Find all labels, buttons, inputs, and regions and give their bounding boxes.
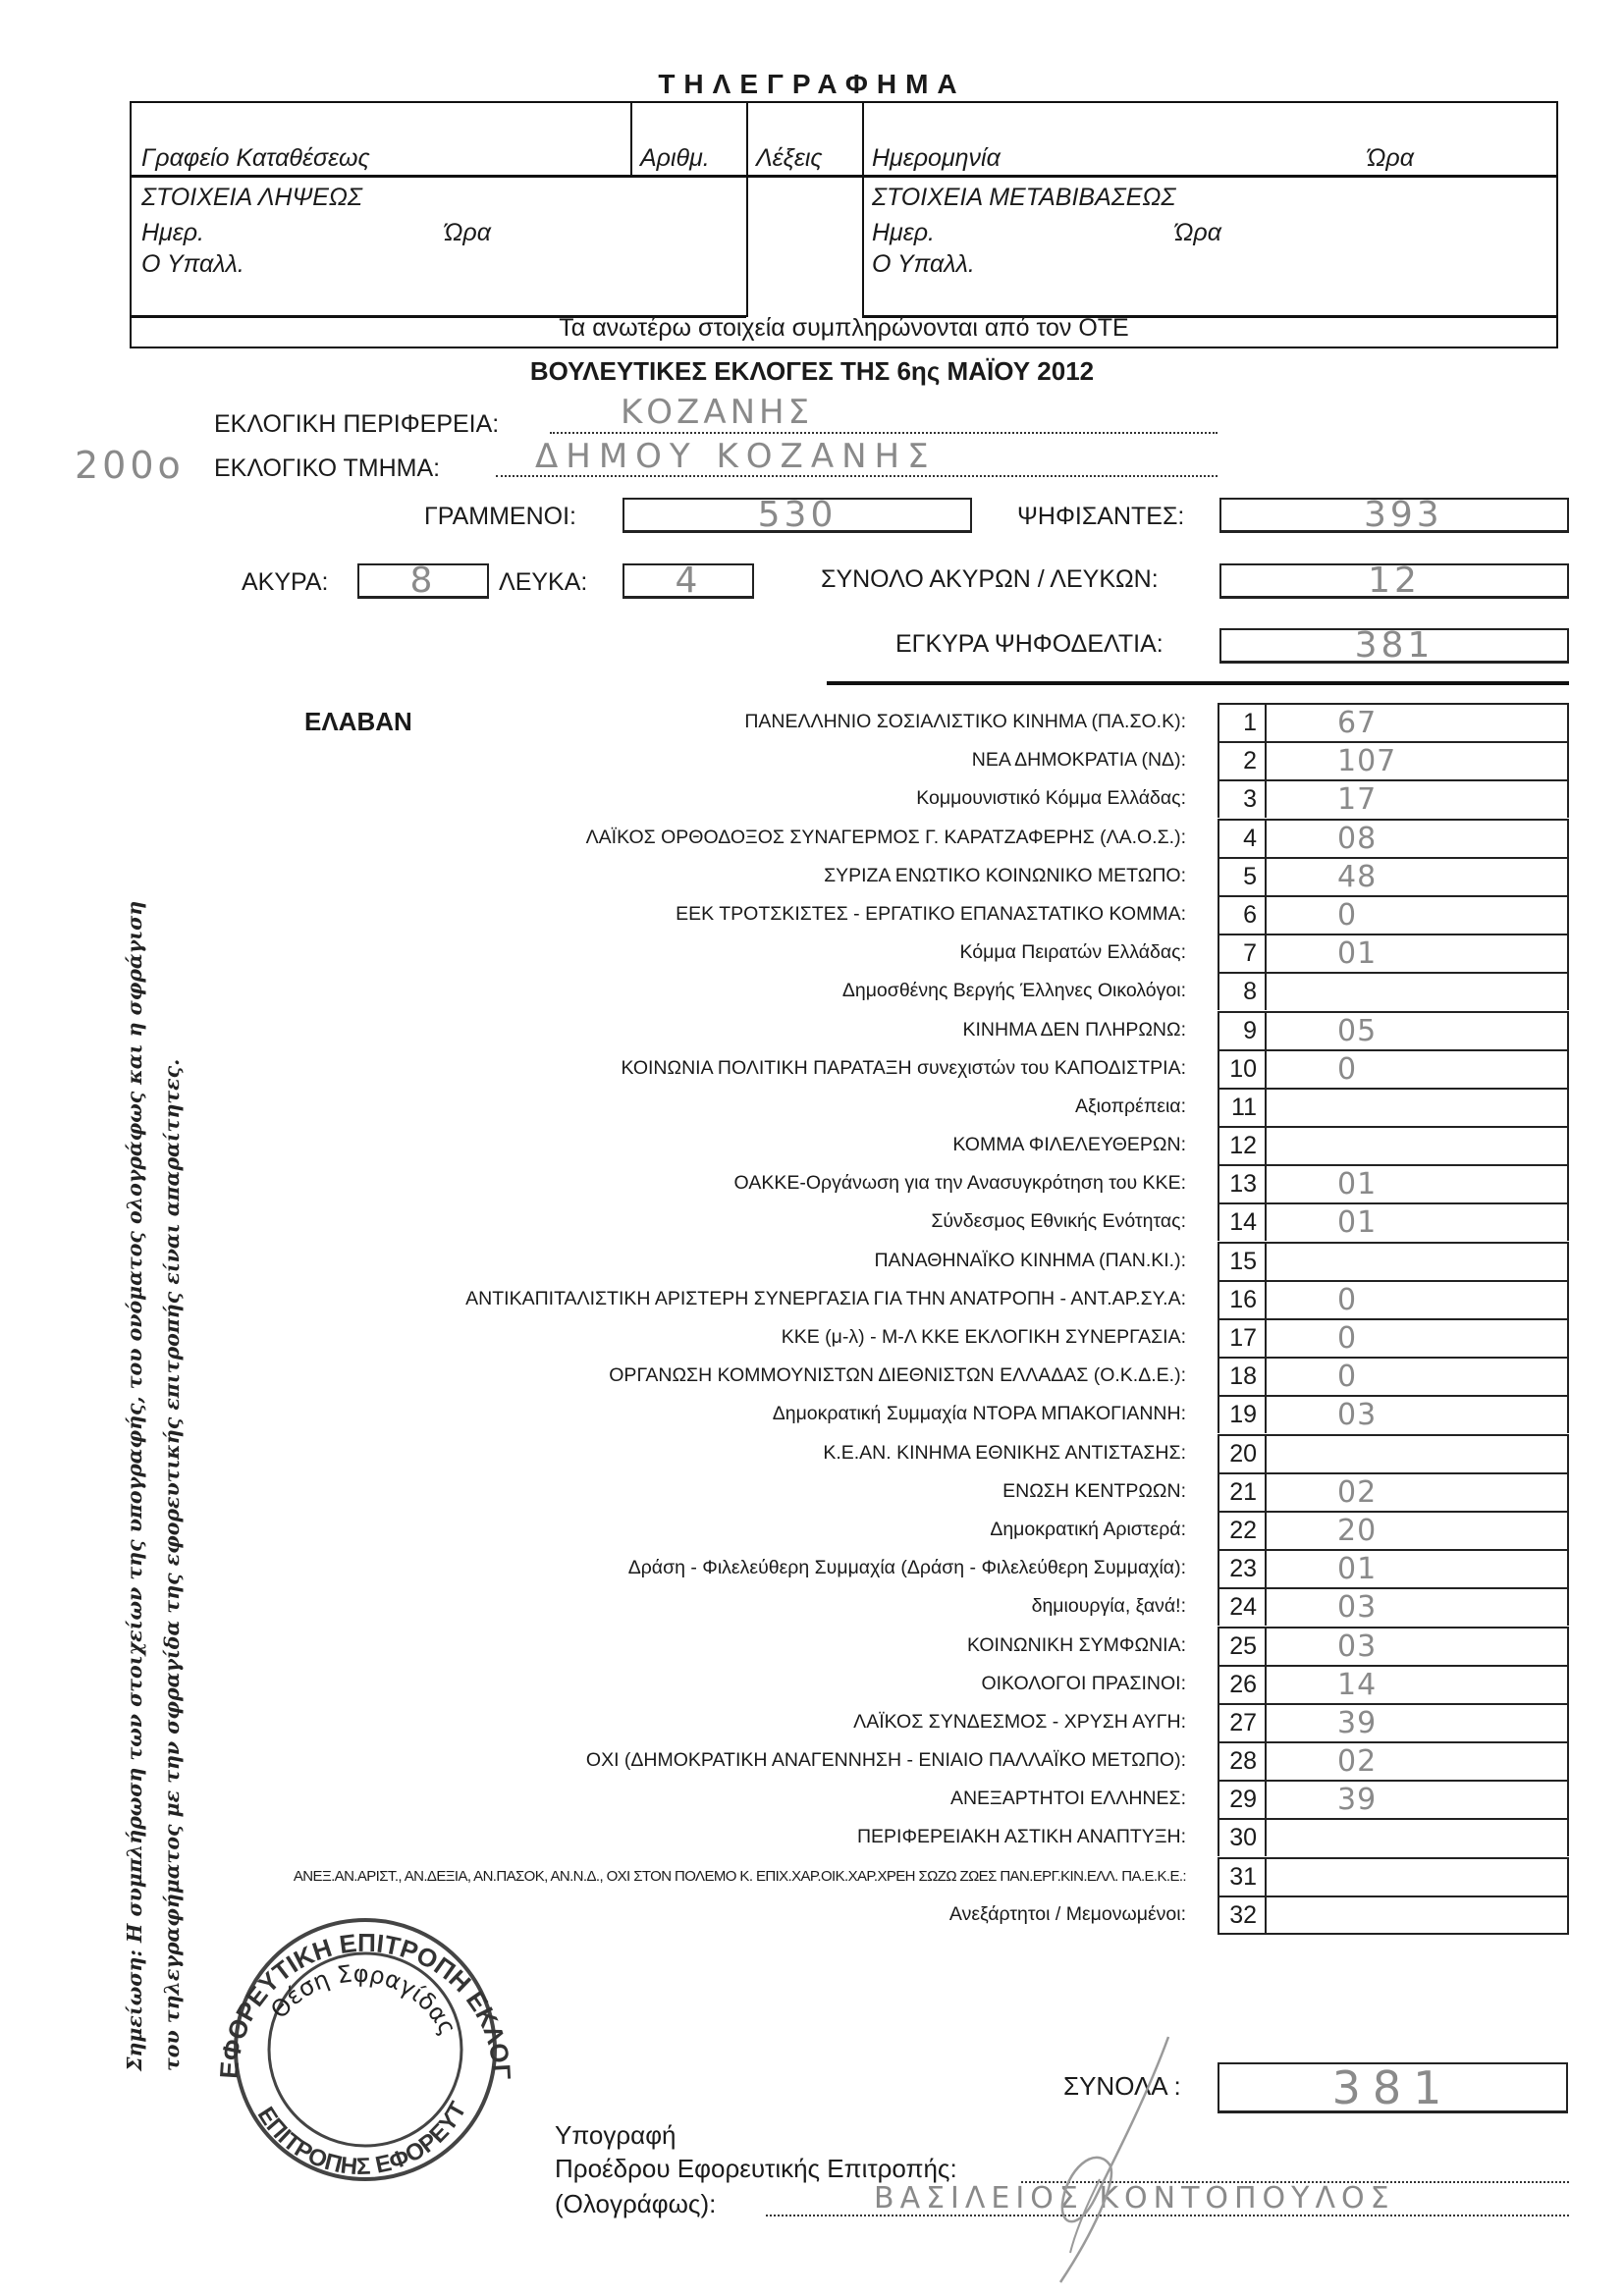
- party-number: 17: [1218, 1318, 1267, 1357]
- date-label: Ημερομηνία: [872, 144, 1001, 173]
- votes-field[interactable]: 01: [1267, 1549, 1569, 1587]
- precinct-label: ΕΚΛΟΓΙΚΟ ΤΜΗΜΑ:: [214, 454, 440, 483]
- party-number: 2: [1218, 741, 1267, 779]
- invalid-blank-total-label: ΣΥΝΟΛΟ ΑΚΥΡΩΝ / ΛΕΥΚΩΝ:: [821, 565, 1159, 594]
- table-row: Αξιοπρέπεια:11: [236, 1088, 1569, 1126]
- party-name: Σύνδεσμος Εθνικής Ενότητας:: [931, 1210, 1186, 1233]
- table-row: ΟΡΓΑΝΩΣΗ ΚΟΜΜΟΥΝΙΣΤΩΝ ΔΙΕΘΝΙΣΤΩΝ ΕΛΛΑΔΑΣ…: [236, 1357, 1569, 1395]
- side-note-line-2: του τηλεγραφήματος με την σφραγίδα της ε…: [153, 677, 190, 2071]
- transmission-date-label: Ημερ.: [872, 219, 935, 247]
- votes-field[interactable]: 0: [1267, 1049, 1569, 1088]
- table-row: ΑΝΤΙΚΑΠΙΤΑΛΙΣΤΙΚΗ ΑΡΙΣΤΕΡΗ ΣΥΝΕΡΓΑΣΙΑ ΓΙ…: [236, 1280, 1569, 1318]
- table-row: δημιουργία, ξανά!:2403: [236, 1587, 1569, 1626]
- table-row: ΚΟΙΝΩΝΙΑ ΠΟΛΙΤΙΚΗ ΠΑΡΑΤΑΞΗ συνεχιστών το…: [236, 1049, 1569, 1088]
- time-label: Ώρα: [1367, 144, 1414, 173]
- votes-field[interactable]: 14: [1267, 1665, 1569, 1703]
- party-number: 11: [1218, 1088, 1267, 1126]
- votes-value: 01: [1337, 1552, 1377, 1586]
- table-row: ΟΧΙ (ΔΗΜΟΚΡΑΤΙΚΗ ΑΝΑΓΕΝΝΗΣΗ - ΕΝΙΑΙΟ ΠΑΛ…: [236, 1741, 1569, 1780]
- totals-field[interactable]: 381: [1218, 2062, 1568, 2113]
- votes-value: 39: [1337, 1783, 1377, 1817]
- party-number: 30: [1218, 1818, 1267, 1856]
- votes-value: 0: [1337, 1321, 1357, 1356]
- blank-label: ΛΕΥΚΑ:: [499, 568, 587, 597]
- party-name: ΚΚΕ (μ-λ) - Μ-Λ ΚΚΕ ΕΚΛΟΓΙΚΗ ΣΥΝΕΡΓΑΣΙΑ:: [782, 1326, 1186, 1349]
- words-label: Λέξεις: [756, 144, 823, 173]
- votes-field[interactable]: 01: [1267, 934, 1569, 972]
- party-name: ΚΟΙΝΩΝΙΑ ΠΟΛΙΤΙΚΗ ΠΑΡΑΤΑΞΗ συνεχιστών το…: [621, 1057, 1186, 1080]
- party-number: 5: [1218, 857, 1267, 895]
- votes-value: 01: [1337, 1167, 1377, 1201]
- party-name: Κ.Ε.ΑΝ. ΚΙΝΗΜΑ ΕΘΝΙΚΗΣ ΑΝΤΙΣΤΑΣΗΣ:: [823, 1442, 1186, 1465]
- votes-field[interactable]: 0: [1267, 1280, 1569, 1318]
- votes-field[interactable]: 01: [1267, 1164, 1569, 1202]
- votes-field[interactable]: 107: [1267, 741, 1569, 779]
- reception-date-label: Ημερ.: [141, 219, 204, 247]
- votes-value: 14: [1337, 1668, 1377, 1702]
- table-row: ΝΕΑ ΔΗΜΟΚΡΑΤΙΑ (ΝΔ):2107: [236, 741, 1569, 779]
- reception-heading: ΣΤΟΙΧΕΙΑ ΛΗΨΕΩΣ: [141, 184, 362, 212]
- table-row: ΠΑΝΑΘΗΝΑΪΚΟ ΚΙΝΗΜΑ (ΠΑΝ.ΚΙ.):15: [236, 1242, 1569, 1280]
- party-number: 4: [1218, 819, 1267, 857]
- votes-field[interactable]: [1267, 1857, 1569, 1896]
- votes-field[interactable]: 02: [1267, 1741, 1569, 1780]
- party-name: ΣΥΡΙΖΑ ΕΝΩΤΙΚΟ ΚΟΙΝΩΝΙΚΟ ΜΕΤΩΠΟ:: [824, 865, 1186, 887]
- votes-field[interactable]: 0: [1267, 1357, 1569, 1395]
- votes-value: 0: [1337, 1360, 1357, 1394]
- document-title: ΤΗΛΕΓΡΑΦΗΜΑ: [0, 69, 1624, 100]
- votes-value: 0: [1337, 898, 1357, 933]
- votes-value: 0: [1337, 1052, 1357, 1087]
- district-line: [550, 432, 1218, 434]
- party-number: 12: [1218, 1126, 1267, 1164]
- votes-field[interactable]: 03: [1267, 1587, 1569, 1626]
- party-number: 21: [1218, 1472, 1267, 1511]
- party-number: 32: [1218, 1896, 1267, 1935]
- party-name: ΕΝΩΣΗ ΚΕΝΤΡΩΩΝ:: [1002, 1480, 1186, 1503]
- svg-text:ΕΦΟΡΕΥΤΙΚΗ ΕΠΙΤΡΟΠΗ ΕΚΛΟΓΙΚΟΥ: ΕΦΟΡΕΥΤΙΚΗ ΕΠΙΤΡΟΠΗ ΕΚΛΟΓΙΚΟΥ ΤΜΗΜΑΤΟΣ: [208, 1902, 516, 2081]
- party-number: 28: [1218, 1741, 1267, 1780]
- voted-label: ΨΗΦΙΣΑΝΤΕΣ:: [1017, 503, 1184, 531]
- party-number: 15: [1218, 1242, 1267, 1280]
- party-name: ΠΑΝΑΘΗΝΑΪΚΟ ΚΙΝΗΜΑ (ΠΑΝ.ΚΙ.):: [874, 1250, 1186, 1272]
- reception-time-label: Ώρα: [444, 219, 491, 247]
- votes-value: 03: [1337, 1398, 1377, 1432]
- party-name: ΛΑΪΚΟΣ ΣΥΝΔΕΣΜΟΣ - ΧΡΥΣΗ ΑΥΓΗ:: [853, 1711, 1186, 1734]
- party-number: 19: [1218, 1395, 1267, 1433]
- transmission-heading: ΣΤΟΙΧΕΙΑ ΜΕΤΑΒΙΒΑΣΕΩΣ: [872, 184, 1175, 212]
- results-table: ΠΑΝΕΛΛΗΝΙΟ ΣΟΣΙΑΛΙΣΤΙΚΟ ΚΙΝΗΜΑ (ΠΑ.ΣΟ.Κ)…: [236, 703, 1569, 1934]
- votes-field[interactable]: 02: [1267, 1472, 1569, 1511]
- committee-stamp: ΕΦΟΡΕΥΤΙΚΗ ΕΠΙΤΡΟΠΗ ΕΚΛΟΓΙΚΟΥ ΤΜΗΜΑΤΟΣ Ε…: [208, 1902, 522, 2187]
- party-number: 14: [1218, 1202, 1267, 1241]
- district-value[interactable]: ΚΟΖΑΝΗΣ: [621, 393, 813, 432]
- votes-field[interactable]: [1267, 972, 1569, 1010]
- table-row: ΛΑΪΚΟΣ ΣΥΝΔΕΣΜΟΣ - ΧΡΥΣΗ ΑΥΓΗ:2739: [236, 1703, 1569, 1741]
- voted-field[interactable]: 393: [1219, 498, 1569, 533]
- votes-field[interactable]: [1267, 1242, 1569, 1280]
- votes-value: 02: [1337, 1475, 1377, 1510]
- party-name: Κόμμα Πειρατών Ελλάδας:: [960, 941, 1187, 964]
- party-name: Δημοκρατική Αριστερά:: [990, 1519, 1186, 1541]
- table-row: ΑΝΕΞΑΡΤΗΤΟΙ ΕΛΛΗΝΕΣ:2939: [236, 1780, 1569, 1818]
- table-row: ΣΥΡΙΖΑ ΕΝΩΤΙΚΟ ΚΟΙΝΩΝΙΚΟ ΜΕΤΩΠΟ:548: [236, 857, 1569, 895]
- votes-value: 08: [1337, 822, 1377, 856]
- signature-scribble: [1001, 2032, 1188, 2287]
- table-row: Δημοσθένης Βεργής Έλληνες Οικολόγοι:8: [236, 972, 1569, 1010]
- party-name: Δημοκρατική Συμμαχία ΝΤΟΡΑ ΜΠΑΚΟΓΙΑΝΝΗ:: [773, 1403, 1186, 1425]
- party-number: 16: [1218, 1280, 1267, 1318]
- votes-value: 17: [1337, 782, 1377, 817]
- table-row: Σύνδεσμος Εθνικής Ενότητας:1401: [236, 1202, 1569, 1241]
- party-name: ΚΙΝΗΜΑ ΔΕΝ ΠΛΗΡΩΝΩ:: [963, 1019, 1187, 1041]
- votes-value: 01: [1337, 1205, 1377, 1240]
- transmission-clerk-label: Ο Υπαλλ.: [872, 250, 975, 279]
- votes-field[interactable]: 20: [1267, 1511, 1569, 1549]
- valid-ballots-field[interactable]: 381: [1219, 628, 1569, 664]
- party-number: 29: [1218, 1780, 1267, 1818]
- votes-field[interactable]: 39: [1267, 1703, 1569, 1741]
- party-number: 7: [1218, 934, 1267, 972]
- party-number: 8: [1218, 972, 1267, 1010]
- table-row: ΟΙΚΟΛΟΓΟΙ ΠΡΑΣΙΝΟΙ:2614: [236, 1665, 1569, 1703]
- party-name: ΑΝΕΞ.ΑΝ.ΑΡΙΣΤ., ΑΝ.ΔΕΞΙΑ, ΑΝ.ΠΑΣΟΚ, ΑΝ.Ν…: [294, 1868, 1186, 1885]
- votes-field[interactable]: 03: [1267, 1395, 1569, 1433]
- table-row: Δράση - Φιλελεύθερη Συμμαχία (Δράση - Φι…: [236, 1549, 1569, 1587]
- table-row: ΠΕΡΙΦΕΡΕΙΑΚΗ ΑΣΤΙΚΗ ΑΝΑΠΤΥΞΗ:30: [236, 1818, 1569, 1856]
- side-note: Σημείωση: Η συμπλήρωση των στοιχείων της…: [116, 677, 190, 2071]
- votes-field[interactable]: 03: [1267, 1627, 1569, 1665]
- party-number: 9: [1218, 1011, 1267, 1049]
- party-name: Ανεξάρτητοι / Μεμονωμένοι:: [949, 1903, 1186, 1926]
- votes-field[interactable]: [1267, 1088, 1569, 1126]
- votes-field[interactable]: 0: [1267, 1318, 1569, 1357]
- party-number: 23: [1218, 1549, 1267, 1587]
- party-number: 27: [1218, 1703, 1267, 1741]
- votes-value: 107: [1337, 744, 1396, 778]
- party-name: δημιουργία, ξανά!:: [1032, 1595, 1186, 1618]
- table-row: Κ.Ε.ΑΝ. ΚΙΝΗΜΑ ΕΘΝΙΚΗΣ ΑΝΤΙΣΤΑΣΗΣ:20: [236, 1434, 1569, 1472]
- party-number: 6: [1218, 895, 1267, 934]
- party-name: ΑΝΤΙΚΑΠΙΤΑΛΙΣΤΙΚΗ ΑΡΙΣΤΕΡΗ ΣΥΝΕΡΓΑΣΙΑ ΓΙ…: [465, 1288, 1186, 1310]
- votes-field[interactable]: 05: [1267, 1011, 1569, 1049]
- votes-value: 03: [1337, 1629, 1377, 1664]
- party-name: ΟΡΓΑΝΩΣΗ ΚΟΜΜΟΥΝΙΣΤΩΝ ΔΙΕΘΝΙΣΤΩΝ ΕΛΛΑΔΑΣ…: [609, 1364, 1186, 1387]
- office-label: Γραφείο Καταθέσεως: [141, 144, 370, 173]
- invalid-label: ΑΚΥΡΑ:: [242, 568, 328, 597]
- table-row: Δημοκρατική Συμμαχία ΝΤΟΡΑ ΜΠΑΚΟΓΙΑΝΝΗ:1…: [236, 1395, 1569, 1433]
- party-name: ΚΟΙΝΩΝΙΚΗ ΣΥΜΦΩΝΙΑ:: [967, 1634, 1186, 1657]
- party-name: ΟΙΚΟΛΟΓΟΙ ΠΡΑΣΙΝΟΙ:: [981, 1673, 1186, 1695]
- party-name: ΠΕΡΙΦΕΡΕΙΑΚΗ ΑΣΤΙΚΗ ΑΝΑΠΤΥΞΗ:: [857, 1826, 1186, 1848]
- votes-value: 01: [1337, 936, 1377, 971]
- party-number: 22: [1218, 1511, 1267, 1549]
- votes-field[interactable]: 48: [1267, 857, 1569, 895]
- party-number: 1: [1218, 703, 1267, 741]
- party-name: ΟΑΚΚΕ-Οργάνωση για την Ανασυγκρότηση του…: [734, 1172, 1186, 1195]
- party-number: 25: [1218, 1627, 1267, 1665]
- party-number: 18: [1218, 1357, 1267, 1395]
- votes-field[interactable]: 01: [1267, 1202, 1569, 1241]
- table-row: ΚΚΕ (μ-λ) - Μ-Λ ΚΚΕ ΕΚΛΟΓΙΚΗ ΣΥΝΕΡΓΑΣΙΑ:…: [236, 1318, 1569, 1357]
- table-row: Κόμμα Πειρατών Ελλάδας:701: [236, 934, 1569, 972]
- table-row: ΚΙΝΗΜΑ ΔΕΝ ΠΛΗΡΩΝΩ:905: [236, 1011, 1569, 1049]
- invalid-field[interactable]: 8: [357, 563, 489, 599]
- votes-value: 20: [1337, 1514, 1377, 1548]
- signature-fullname-label: (Ολογράφως):: [555, 2189, 716, 2219]
- votes-field[interactable]: 39: [1267, 1780, 1569, 1818]
- election-title: ΒΟΥΛΕΥΤΙΚΕΣ ΕΚΛΟΓΕΣ ΤΗΣ 6ης ΜΑΪΟΥ 2012: [0, 356, 1624, 387]
- votes-value: 02: [1337, 1744, 1377, 1779]
- party-number: 13: [1218, 1164, 1267, 1202]
- reception-clerk-label: Ο Υπαλλ.: [141, 250, 244, 279]
- ote-note: Τα ανωτέρω στοιχεία συμπληρώνονται από τ…: [130, 314, 1558, 343]
- signature-role-label: Προέδρου Εφορευτικής Επιτροπής:: [555, 2154, 957, 2184]
- votes-value: 0: [1337, 1283, 1357, 1317]
- table-row: ΚΟΙΝΩΝΙΚΗ ΣΥΜΦΩΝΙΑ:2503: [236, 1627, 1569, 1665]
- precinct-value[interactable]: ΔΗΜΟΥ ΚΟΖΑΝΗΣ: [535, 437, 937, 476]
- table-row: ΛΑΪΚΟΣ ΟΡΘΟΔΟΞΟΣ ΣΥΝΑΓΕΡΜΟΣ Γ. ΚΑΡΑΤΖΑΦΕ…: [236, 819, 1569, 857]
- party-number: 10: [1218, 1049, 1267, 1088]
- blank-field[interactable]: 4: [623, 563, 754, 599]
- party-name: ΟΧΙ (ΔΗΜΟΚΡΑΤΙΚΗ ΑΝΑΓΕΝΝΗΣΗ - ΕΝΙΑΙΟ ΠΑΛ…: [586, 1749, 1186, 1772]
- votes-value: 39: [1337, 1706, 1377, 1740]
- table-row: Δημοκρατική Αριστερά:2220: [236, 1511, 1569, 1549]
- table-row: ΕΝΩΣΗ ΚΕΝΤΡΩΩΝ:2102: [236, 1472, 1569, 1511]
- table-row: ΠΑΝΕΛΛΗΝΙΟ ΣΟΣΙΑΛΙΣΤΙΚΟ ΚΙΝΗΜΑ (ΠΑ.ΣΟ.Κ)…: [236, 703, 1569, 741]
- table-row: ΚΟΜΜΑ ΦΙΛΕΛΕΥΘΕΡΩΝ:12: [236, 1126, 1569, 1164]
- party-name: Δημοσθένης Βεργής Έλληνες Οικολόγοι:: [842, 980, 1186, 1002]
- registered-field[interactable]: 530: [623, 498, 972, 533]
- divider: [827, 681, 1569, 685]
- votes-field[interactable]: [1267, 1896, 1569, 1935]
- table-row: ΟΑΚΚΕ-Οργάνωση για την Ανασυγκρότηση του…: [236, 1164, 1569, 1202]
- party-name: ΠΑΝΕΛΛΗΝΙΟ ΣΟΣΙΑΛΙΣΤΙΚΟ ΚΙΝΗΜΑ (ΠΑ.ΣΟ.Κ)…: [744, 711, 1186, 733]
- votes-field[interactable]: 67: [1267, 703, 1569, 741]
- party-name: ΑΝΕΞΑΡΤΗΤΟΙ ΕΛΛΗΝΕΣ:: [950, 1788, 1186, 1810]
- party-number: 24: [1218, 1587, 1267, 1626]
- table-row: Κομμουνιστικό Κόμμα Ελλάδας:317: [236, 779, 1569, 818]
- number-label: Αριθμ.: [640, 144, 710, 173]
- votes-field[interactable]: [1267, 1818, 1569, 1856]
- party-number: 26: [1218, 1665, 1267, 1703]
- side-note-line-1: Σημείωση: Η συμπλήρωση των στοιχείων της…: [116, 677, 153, 2071]
- registered-label: ΓΡΑΜΜΕΝΟΙ:: [424, 503, 576, 531]
- table-row: ΕΕΚ ΤΡΟΤΣΚΙΣΤΕΣ - ΕΡΓΑΤΙΚΟ ΕΠΑΝΑΣΤΑΤΙΚΟ …: [236, 895, 1569, 934]
- precinct-number[interactable]: 200ο: [75, 444, 185, 487]
- party-name: ΛΑΪΚΟΣ ΟΡΘΟΔΟΞΟΣ ΣΥΝΑΓΕΡΜΟΣ Γ. ΚΑΡΑΤΖΑΦΕ…: [586, 827, 1186, 849]
- votes-field[interactable]: 0: [1267, 895, 1569, 934]
- ote-info-box: Γραφείο Καταθέσεως Αριθμ. Λέξεις Ημερομη…: [130, 101, 1558, 348]
- district-label: ΕΚΛΟΓΙΚΗ ΠΕΡΙΦΕΡΕΙΑ:: [214, 410, 499, 439]
- votes-field[interactable]: [1267, 1434, 1569, 1472]
- party-number: 20: [1218, 1434, 1267, 1472]
- votes-field[interactable]: 08: [1267, 819, 1569, 857]
- votes-value: 03: [1337, 1590, 1377, 1625]
- signature-label: Υπογραφή: [555, 2120, 677, 2151]
- party-name: Δράση - Φιλελεύθερη Συμμαχία (Δράση - Φι…: [628, 1557, 1186, 1579]
- party-number: 31: [1218, 1857, 1267, 1896]
- party-name: ΕΕΚ ΤΡΟΤΣΚΙΣΤΕΣ - ΕΡΓΑΤΙΚΟ ΕΠΑΝΑΣΤΑΤΙΚΟ …: [676, 903, 1186, 926]
- party-name: ΚΟΜΜΑ ΦΙΛΕΛΕΥΘΕΡΩΝ:: [952, 1134, 1186, 1156]
- party-name: Αξιοπρέπεια:: [1075, 1095, 1186, 1118]
- stamp-outer-text: ΕΦΟΡΕΥΤΙΚΗ ΕΠΙΤΡΟΠΗ ΕΚΛΟΓΙΚΟΥ ΤΜΗΜΑΤΟΣ: [208, 1902, 516, 2081]
- votes-value: 67: [1337, 706, 1377, 740]
- transmission-time-label: Ώρα: [1174, 219, 1221, 247]
- votes-field[interactable]: 17: [1267, 779, 1569, 818]
- party-name: ΝΕΑ ΔΗΜΟΚΡΑΤΙΑ (ΝΔ):: [972, 749, 1186, 772]
- table-row: ΑΝΕΞ.ΑΝ.ΑΡΙΣΤ., ΑΝ.ΔΕΞΙΑ, ΑΝ.ΠΑΣΟΚ, ΑΝ.Ν…: [236, 1857, 1569, 1896]
- votes-value: 05: [1337, 1014, 1377, 1048]
- votes-field[interactable]: [1267, 1126, 1569, 1164]
- party-name: Κομμουνιστικό Κόμμα Ελλάδας:: [916, 787, 1186, 810]
- valid-ballots-label: ΕΓΚΥΡΑ ΨΗΦΟΔΕΛΤΙΑ:: [895, 630, 1164, 659]
- party-number: 3: [1218, 779, 1267, 818]
- votes-value: 48: [1337, 860, 1377, 894]
- invalid-blank-total-field[interactable]: 12: [1219, 563, 1569, 599]
